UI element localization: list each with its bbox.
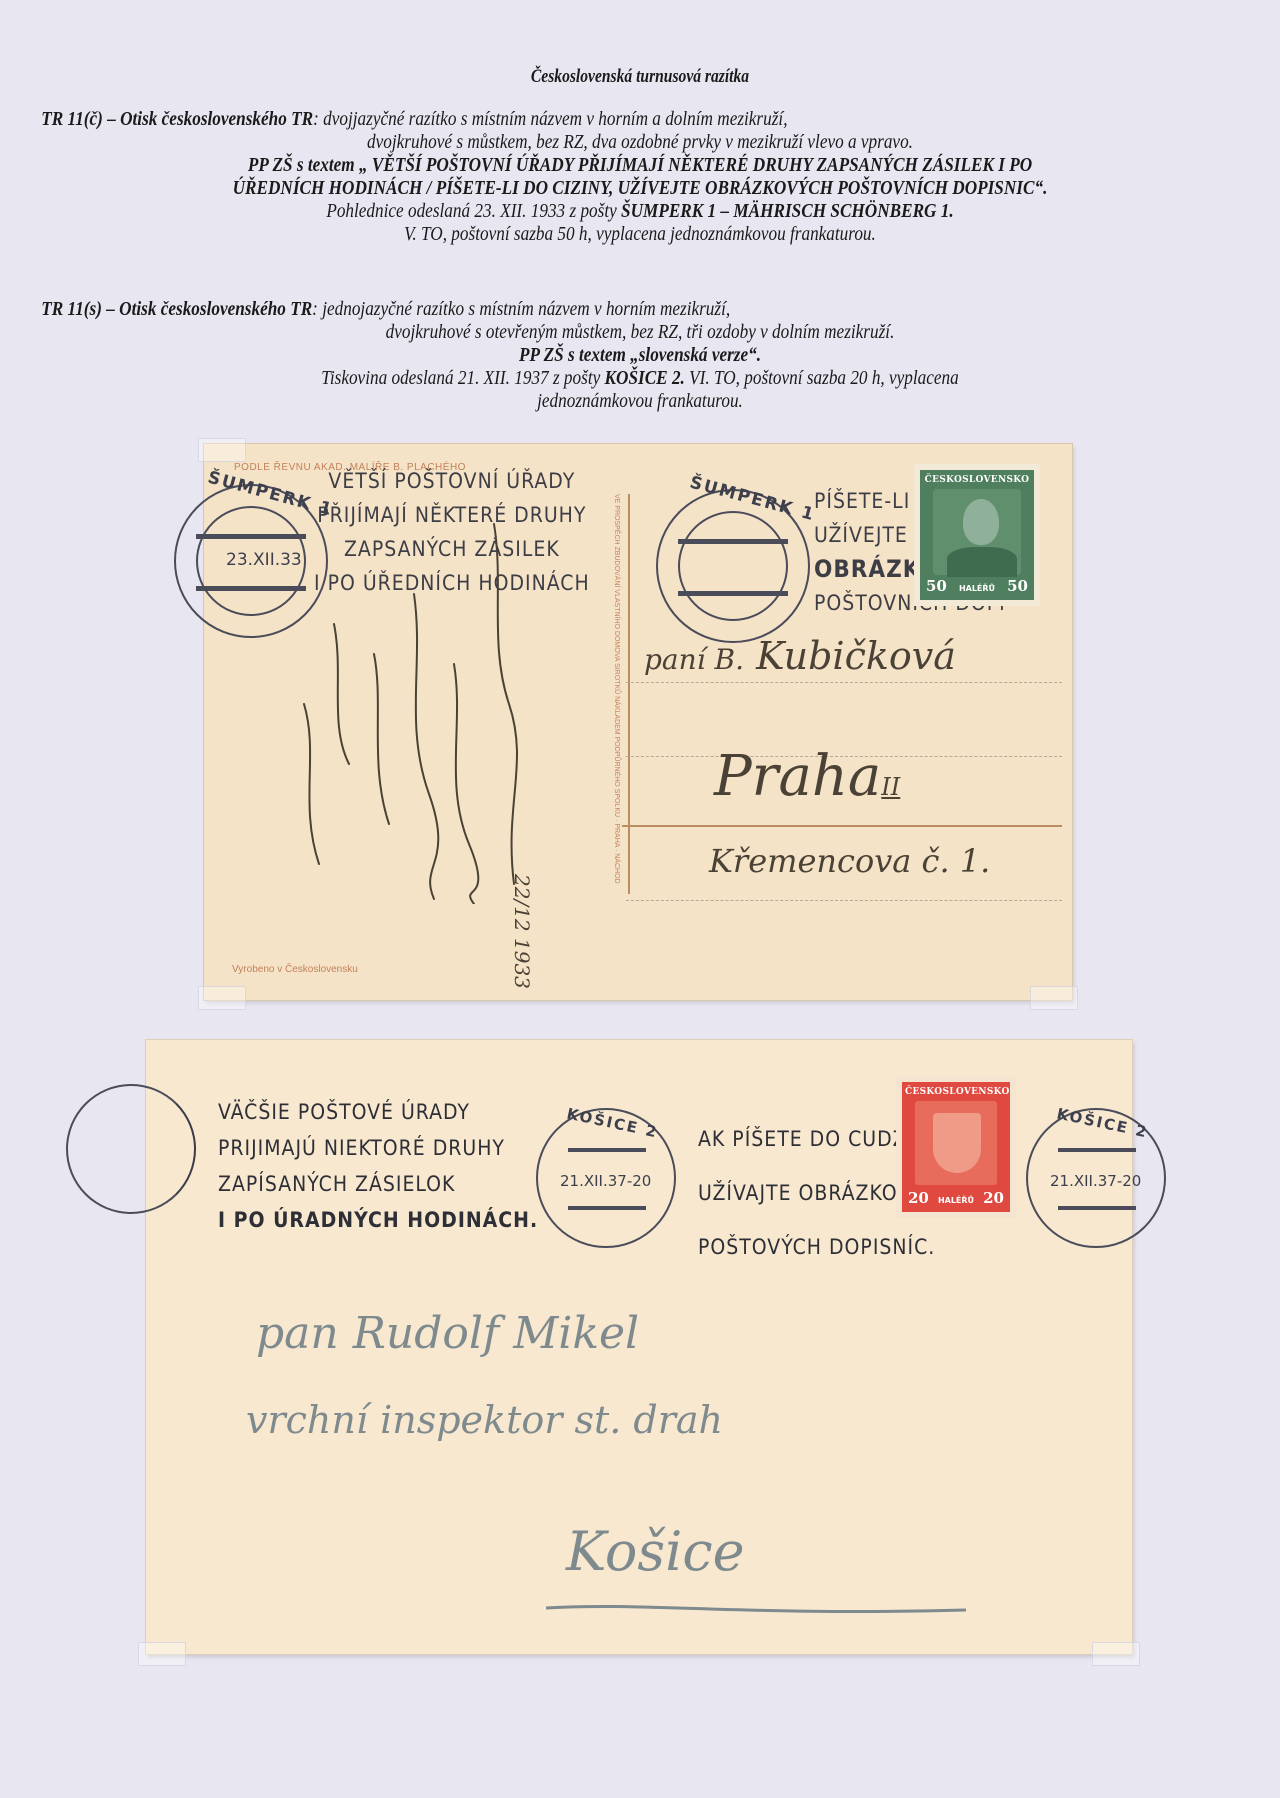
section-1-line-2: dvojkruhové s můstkem, bez RZ, dva ozdob… [90, 131, 1191, 154]
section-2-line-3: PP ZŠ s textem „slovenská verze“. [90, 344, 1191, 367]
slogan-quote-2: ÚŘEDNÍCH HODINÁCH / PÍŠETE-LI DO CIZINY,… [233, 177, 1048, 199]
section-1-line-5: Pohlednice odeslaná 23. XII. 1933 z pošt… [90, 200, 1191, 223]
section-2-rate-1: VI. TO, poštovní sazba 20 h, vyplacena [685, 367, 959, 389]
envelope-city: Košice [566, 1520, 745, 1583]
cancel-date: 21.XII.37-20 [560, 1172, 651, 1190]
slogan-label: PP ZŠ s textem [248, 154, 355, 176]
section-1-line-3: PP ZŠ s textem „ VĚTŠÍ POŠTOVNÍ ÚŘADY PŘ… [90, 154, 1191, 177]
address-street: Křemencova č. 1. [709, 842, 990, 880]
cancel-postmark-partial [66, 1084, 196, 1214]
mount-corner [198, 986, 246, 1010]
cancel-top-text: KOŠICE 2 [1055, 1105, 1150, 1142]
stamp-country: ČESKOSLOVENSKO [923, 475, 1031, 485]
mount-corner [198, 438, 246, 462]
section-2-line-4: Tiskovina odeslaná 21. XII. 1937 z pošty… [90, 367, 1191, 390]
postcard-divider [628, 494, 630, 894]
cancel-postmark-kosice-right: 21.XII.37-20 KOŠICE 2 [1026, 1108, 1166, 1248]
section-1-line-1: TR 11(č) – Otisk československého TR: dv… [0, 108, 1101, 131]
mount-corner [138, 1642, 186, 1666]
slogan-row: POŠTOVÝCH DOPISNÍC. [698, 1220, 952, 1274]
address-line [626, 682, 1062, 683]
envelope: VÄČŠIE POŠTOVÉ ÚRADY PRIJIMAJÚ NIEKTORÉ … [146, 1040, 1132, 1654]
city-underline [546, 1600, 966, 1620]
stamp-country: ČESKOSLOVENSKO [905, 1087, 1007, 1097]
slogan-row: I PO ÚRADNÝCH HODINÁCH. [218, 1202, 538, 1238]
section-2-description: TR 11(s) – Otisk československého TR: je… [0, 298, 1280, 413]
stamp-value: 50 [1007, 577, 1028, 595]
cancel-postmark-right: ŠUMPERK 1 [656, 489, 810, 643]
section-2-line-2: dvojkruhové s otevřeným můstkem, bez RZ,… [90, 321, 1191, 344]
address-line-solid [622, 825, 1062, 827]
slogan-quote-1: „ VĚTŠÍ POŠTOVNÍ ÚŘADY PŘIJÍMAJÍ NĚKTERÉ… [359, 154, 1032, 176]
section-1-heading: TR 11(č) – Otisk československého TR [41, 108, 313, 130]
item-office: ŠUMPERK 1 – MÄHRISCH SCHÖNBERG 1. [621, 200, 954, 222]
stamp-value: 20 [983, 1189, 1004, 1207]
item-text: Pohlednice odeslaná 23. XII. 1933 z pošt… [326, 200, 621, 222]
section-1-desc-1: : dvojjazyčné razítko s místním názvem v… [313, 108, 787, 130]
district: II [881, 773, 900, 801]
page-title: Československá turnusová razítka [115, 66, 1165, 88]
address-city: PrahaII [714, 744, 900, 809]
section-2-office: KOŠICE 2. [605, 367, 685, 389]
slogan-row: ZAPÍSANÝCH ZÁSIELOK [218, 1166, 538, 1202]
city: Praha [714, 744, 881, 809]
section-2-slogan: PP ZŠ s textem „slovenská verze“. [519, 344, 761, 366]
section-2-line-1: TR 11(s) – Otisk československého TR: je… [0, 298, 1101, 321]
postcard: PODLE ŘEVNU AKAD. MALÍŘE B. PLACHÉHO Vyr… [204, 444, 1072, 1000]
address-recipient: paní B. Kubičková [644, 634, 956, 678]
postage-stamp: ČESKOSLOVENSKO 50 HALÉŘŮ 50 [914, 464, 1040, 606]
slogan-row: PRIJIMAJÚ NIEKTORÉ DRUHY [218, 1130, 538, 1166]
section-1-line-6: V. TO, poštovní sazba 50 h, vyplacena je… [90, 223, 1191, 246]
envelope-slogan-left: VÄČŠIE POŠTOVÉ ÚRADY PRIJIMAJÚ NIEKTORÉ … [218, 1094, 538, 1238]
coat-of-arms-icon [915, 1101, 997, 1185]
envelope-title: vrchní inspektor st. drah [246, 1398, 723, 1442]
section-2-heading: TR 11(s) – Otisk československého TR [41, 298, 312, 320]
vertical-imprint: VE PROSPĚCH ZBUDOVÁNÍ VLASTNÍHO DOMOVA S… [613, 494, 620, 894]
cancel-postmark-kosice: 21.XII.37-20 KOŠICE 2 [536, 1108, 676, 1248]
section-2-item-text: Tiskovina odeslaná 21. XII. 1937 z pošty [321, 367, 604, 389]
recipient-prefix: paní B. [644, 643, 744, 676]
postage-stamp: ČESKOSLOVENSKO 20 HALÉŘŮ 20 [896, 1076, 1016, 1218]
envelope-recipient: pan Rudolf Mikel [256, 1308, 639, 1359]
made-in-imprint: Vyrobeno v Československu [232, 964, 358, 975]
slogan-row: VÄČŠIE POŠTOVÉ ÚRADY [218, 1094, 538, 1130]
mount-corner [1030, 986, 1078, 1010]
section-2-line-5: jednoznámkovou frankaturou. [90, 390, 1191, 413]
portrait-icon [933, 489, 1021, 575]
handwritten-message [264, 504, 564, 904]
cancel-top-text: KOŠICE 2 [565, 1105, 660, 1142]
address-line [626, 900, 1062, 901]
section-1-description: TR 11(č) – Otisk československého TR: dv… [0, 108, 1280, 246]
section-1-line-4: ÚŘEDNÍCH HODINÁCH / PÍŠETE-LI DO CIZINY,… [90, 177, 1191, 200]
section-2-desc-1: : jednojazyčné razítko s místním názvem … [312, 298, 730, 320]
cancel-date: 21.XII.37-20 [1050, 1172, 1141, 1190]
recipient-name: Kubičková [756, 634, 956, 678]
slogan-row: VĚTŠÍ POŠTOVNÍ ÚŘADY [314, 464, 590, 498]
mount-corner [1092, 1642, 1140, 1666]
